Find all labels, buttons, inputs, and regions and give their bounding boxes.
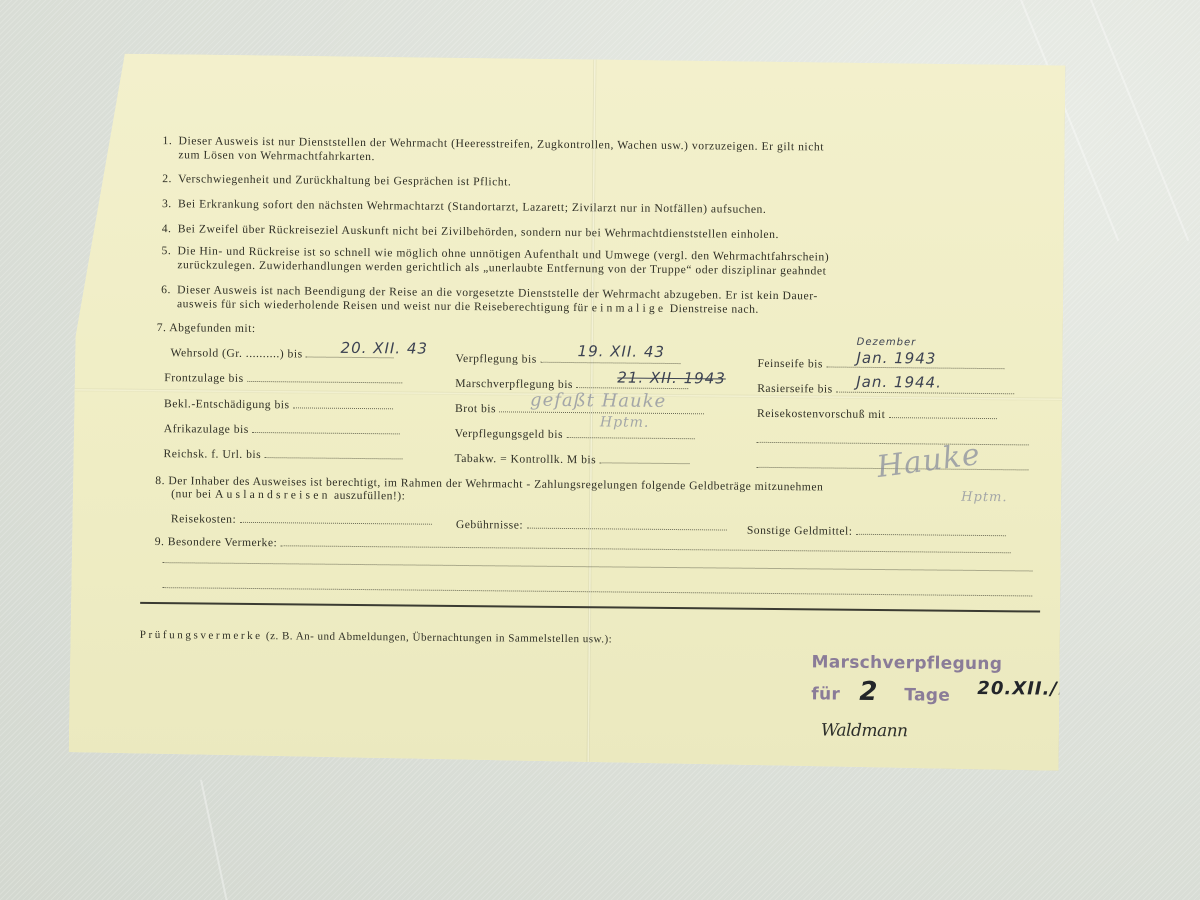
field-label: Verpflegungsgeld bis [455,427,563,441]
handwritten-feinseife: Jan. 1943 [856,349,936,368]
instruction-number: 5. [161,244,177,258]
field-line[interactable] [252,422,400,434]
field-line[interactable] [600,452,690,464]
field-afrikazulage: Afrikazulage bis [164,421,400,437]
field-line[interactable] [889,407,997,419]
instruction-3: 3.Bei Erkrankung sofort den nächsten Weh… [162,197,1032,219]
field-label: Sonstige Geldmittel: [747,524,853,538]
field-reichsk-url: Reichsk. f. Url. bis [164,446,403,462]
instruction-text-continued: ausweis für sich wiederholende Reisen un… [161,297,592,314]
handwritten-days: 2 [859,677,878,707]
field-label: Brot bis [455,402,496,415]
instruction-1: 1.Dieser Ausweis ist nur Dienststellen d… [162,134,1032,170]
instruction-text: Bei Zweifel über Rückreiseziel Auskunft … [178,222,779,241]
subheading-text: (nur bei [171,487,215,500]
instruction-number: 3. [162,197,178,211]
instruction-number: 4. [162,222,178,236]
instruction-number: 2. [162,172,178,186]
field-line[interactable] [293,397,393,409]
field-reisekostenvorschuss: Reisekostenvorschuß mit [757,406,997,422]
instruction-5: 5.Die Hin- und Rückreise ist so schnell … [161,244,1031,280]
document-sheet: 1.Dieser Ausweis ist nur Dienststellen d… [69,53,1066,770]
handwritten-correction-dezember: Dezember [857,337,917,349]
handwritten-marschverpflegung: 21. XII. 1943 [617,368,726,387]
instruction-text: Bei Erkrankung sofort den nächsten Wehrm… [178,197,767,216]
field-line[interactable] [526,518,726,531]
field-label: Gebührnisse: [456,518,523,532]
field-label: 9. Besondere Vermerke: [155,535,278,549]
instruction-text-continued: zum Lösen von Wehrmachtfahrkarten. [162,148,375,163]
stamp-marschverpflegung: Marschverpflegung [812,652,1003,674]
field-label: Afrikazulage bis [164,422,249,436]
handwritten-stamp-date: 20.XII./12 [977,678,1085,700]
field-label: Reichsk. f. Url. bis [164,447,262,461]
field-frontzulage: Frontzulage bis [164,370,402,386]
section-8-subheading: (nur bei Auslandsreisen auszufüllen!): [171,487,405,502]
pencil-rank-hptm: Hptm. [600,414,650,430]
field-label: Bekl.-Entschädigung bis [164,397,290,411]
handwritten-wehrsold: 20. XII. 43 [341,339,429,358]
pencil-note-brot: gefaßt Hauke [530,390,666,412]
field-label: Verpflegung bis [455,352,536,366]
field-reisekosten: Reisekosten: [171,511,432,528]
field-line[interactable] [757,432,1029,446]
handwritten-verpflegung: 19. XII. 43 [577,342,665,361]
field-line[interactable] [247,371,402,383]
field-label: Reisekosten: [171,512,236,526]
instruction-text: Verschwiegenheit und Zurückhaltung bei G… [178,172,511,188]
field-label: Frontzulage bis [164,371,243,385]
field-gebuehrnisse: Gebührnisse: [456,517,727,534]
vermerke-line-2[interactable] [163,562,1033,571]
section-divider [140,602,1040,613]
field-label: Tabakw. = Kontrollk. M bis [454,452,596,466]
field-tabakw-kontrollk: Tabakw. = Kontrollk. M bis [454,451,689,467]
field-label: Wehrsold (Gr. ..........) bis [170,346,302,360]
document-content: 1.Dieser Ausweis ist nur Dienststellen d… [69,53,1066,770]
section-7-heading: 7. Abgefunden mit: [157,321,256,335]
field-line[interactable] [856,524,1006,536]
emphasis-text: einmalige [592,301,667,315]
field-label: Feinseife bis [757,357,823,371]
subheading-text-end: auszufüllen!): [331,489,406,503]
vermerke-line-3[interactable] [162,587,1032,596]
field-line[interactable] [265,447,403,459]
field-label: Reisekostenvorschuß mit [757,407,886,421]
heading-text: (z. B. An- und Abmeldungen, Übernachtung… [263,630,613,645]
field-reisekosten-extra-1 [757,432,1029,449]
instruction-text-end: Dienstreise nach. [666,302,759,316]
field-line[interactable] [240,512,432,525]
cloth-fold [200,780,229,900]
instruction-4: 4.Bei Zweifel über Rückreiseziel Auskunf… [162,222,1032,244]
instruction-6: 6.Dieser Ausweis ist nach Beendigung der… [161,283,1031,319]
stamp-tage: Tage [904,685,950,705]
field-label: Rasierseife bis [757,382,833,396]
pencil-signature-rank: Hptm. [961,490,1007,505]
instruction-number: 1. [163,134,179,148]
field-verpflegungsgeld: Verpflegungsgeld bis [455,426,695,442]
instruction-2: 2.Verschwiegenheit und Zurückhaltung bei… [162,172,1032,194]
field-bekl-entschaedigung: Bekl.-Entschädigung bis [164,396,393,412]
emphasis-text: Prüfungsvermerke [140,629,263,642]
stamp-fuer: für [811,684,840,704]
instruction-number: 6. [161,283,177,297]
pruefungsvermerke-heading: Prüfungsvermerke (z. B. An- und Abmeldun… [140,629,613,646]
emphasis-text: Auslandsreisen [215,488,331,502]
signature-waldmann: Waldmann [821,720,908,741]
handwritten-rasierseife: Jan. 1944. [856,373,942,392]
field-sonstige-geldmittel: Sonstige Geldmittel: [747,523,1006,539]
